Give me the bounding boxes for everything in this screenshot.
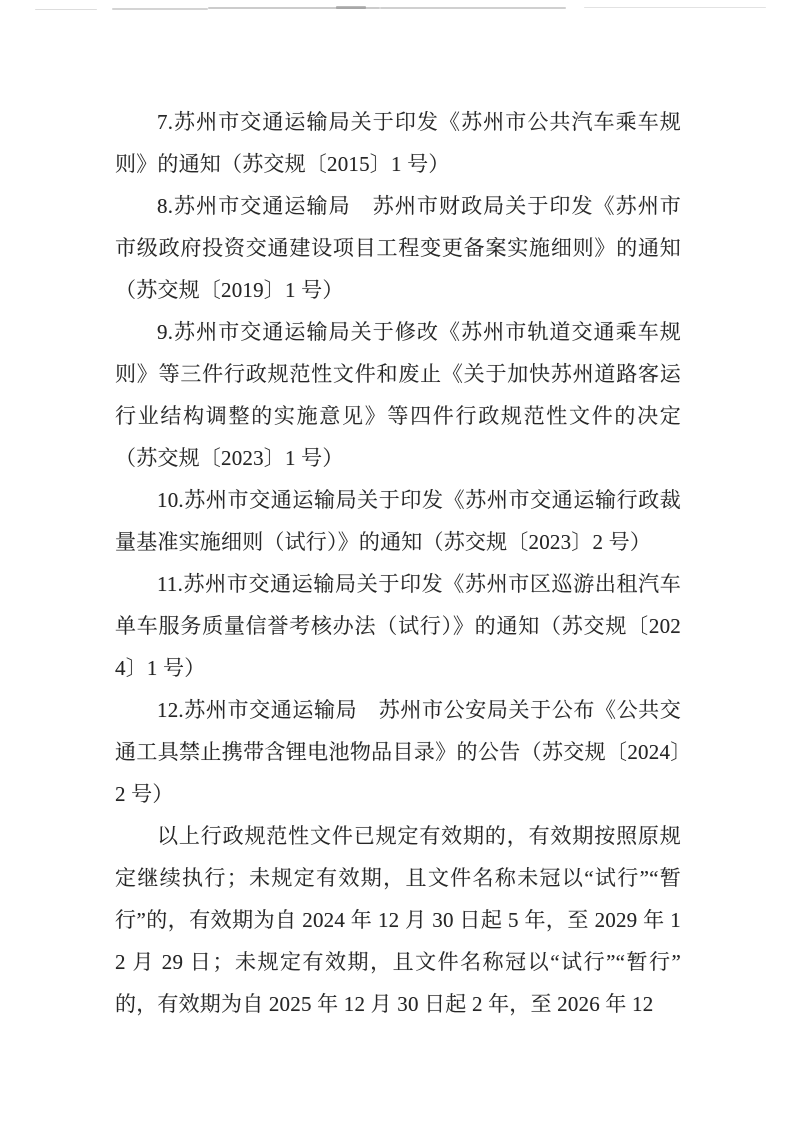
scan-artifact-top-edge: [35, 9, 97, 10]
document-body: 7.苏州市交通运输局关于印发《苏州市公共汽车乘车规则》的通知（苏交规〔2015〕…: [115, 101, 681, 1025]
validity-period-paragraph: 以上行政规范性文件已规定有效期的，有效期按照原规定继续执行；未规定有效期，且文件…: [115, 815, 681, 1025]
list-item-11: 11.苏州市交通运输局关于印发《苏州市区巡游出租汽车单车服务质量信誉考核办法（试…: [115, 563, 681, 689]
list-item-12: 12.苏州市交通运输局 苏州市公安局关于公布《公共交通工具禁止携带含锂电池物品目…: [115, 689, 681, 815]
list-item-10: 10.苏州市交通运输局关于印发《苏州市交通运输行政裁量基准实施细则（试行）》的通…: [115, 479, 681, 563]
list-item-7: 7.苏州市交通运输局关于印发《苏州市公共汽车乘车规则》的通知（苏交规〔2015〕…: [115, 101, 681, 185]
scanned-document-page: 7.苏州市交通运输局关于印发《苏州市公共汽车乘车规则》的通知（苏交规〔2015〕…: [0, 0, 793, 1122]
scan-artifact-top-edge: [112, 8, 208, 10]
list-item-9: 9.苏州市交通运输局关于修改《苏州市轨道交通乘车规则》等三件行政规范性文件和废止…: [115, 311, 681, 479]
scan-artifact-top-edge: [380, 7, 566, 9]
scan-artifact-top-edge: [208, 7, 380, 9]
scan-artifact-top-edge: [584, 7, 766, 8]
scan-artifact-top-dash: [336, 6, 366, 9]
list-item-8: 8.苏州市交通运输局 苏州市财政局关于印发《苏州市市级政府投资交通建设项目工程变…: [115, 185, 681, 311]
